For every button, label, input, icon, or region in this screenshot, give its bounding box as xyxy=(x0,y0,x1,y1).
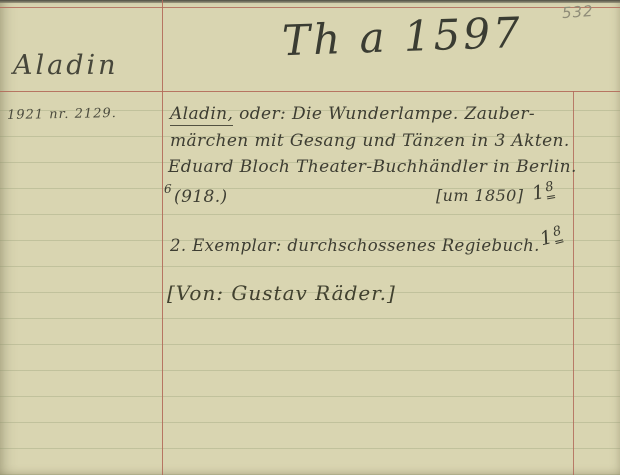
card-heading: Aladin xyxy=(13,50,119,81)
catalog-card: 532 Th a 1597 Aladin 1921 nr. 2129. Alad… xyxy=(0,0,620,475)
red-rule-top xyxy=(0,7,620,8)
page-number-pencil: 532 xyxy=(562,2,595,22)
accession-note: 1921 nr. 2129. xyxy=(7,106,117,123)
card-top-edge xyxy=(0,0,620,3)
entry-title-underlined: Aladin, xyxy=(170,104,233,126)
red-rule-right-column xyxy=(573,91,574,475)
second-copy-note: 2. Exemplar: durchschossenes Regiebuch. xyxy=(170,236,540,255)
red-rule-header xyxy=(0,91,620,92)
copy-count-1: 1 xyxy=(530,181,546,205)
entry-line-2: märchen mit Gesang und Tänzen in 3 Akten… xyxy=(170,131,570,151)
entry-line-publisher: Eduard Bloch Theater-Buchhändler in Berl… xyxy=(168,157,577,177)
plate-number: 6(918.) xyxy=(166,187,228,207)
entry-title-line: Aladin, oder: Die Wunderlampe. Zauber- xyxy=(170,104,535,124)
author-attribution: [Von: Gustav Räder.] xyxy=(167,281,396,305)
plate-number-text: (918.) xyxy=(174,187,228,207)
call-number: Th a 1597 xyxy=(281,8,523,65)
format-mark-1: 18 xyxy=(530,179,556,205)
red-rule-left-column xyxy=(162,0,163,475)
plate-superscript: 6 xyxy=(164,182,172,196)
entry-title-rest: oder: Die Wunderlampe. Zauber- xyxy=(233,104,535,124)
date-bracket: [um 1850] xyxy=(436,186,523,205)
